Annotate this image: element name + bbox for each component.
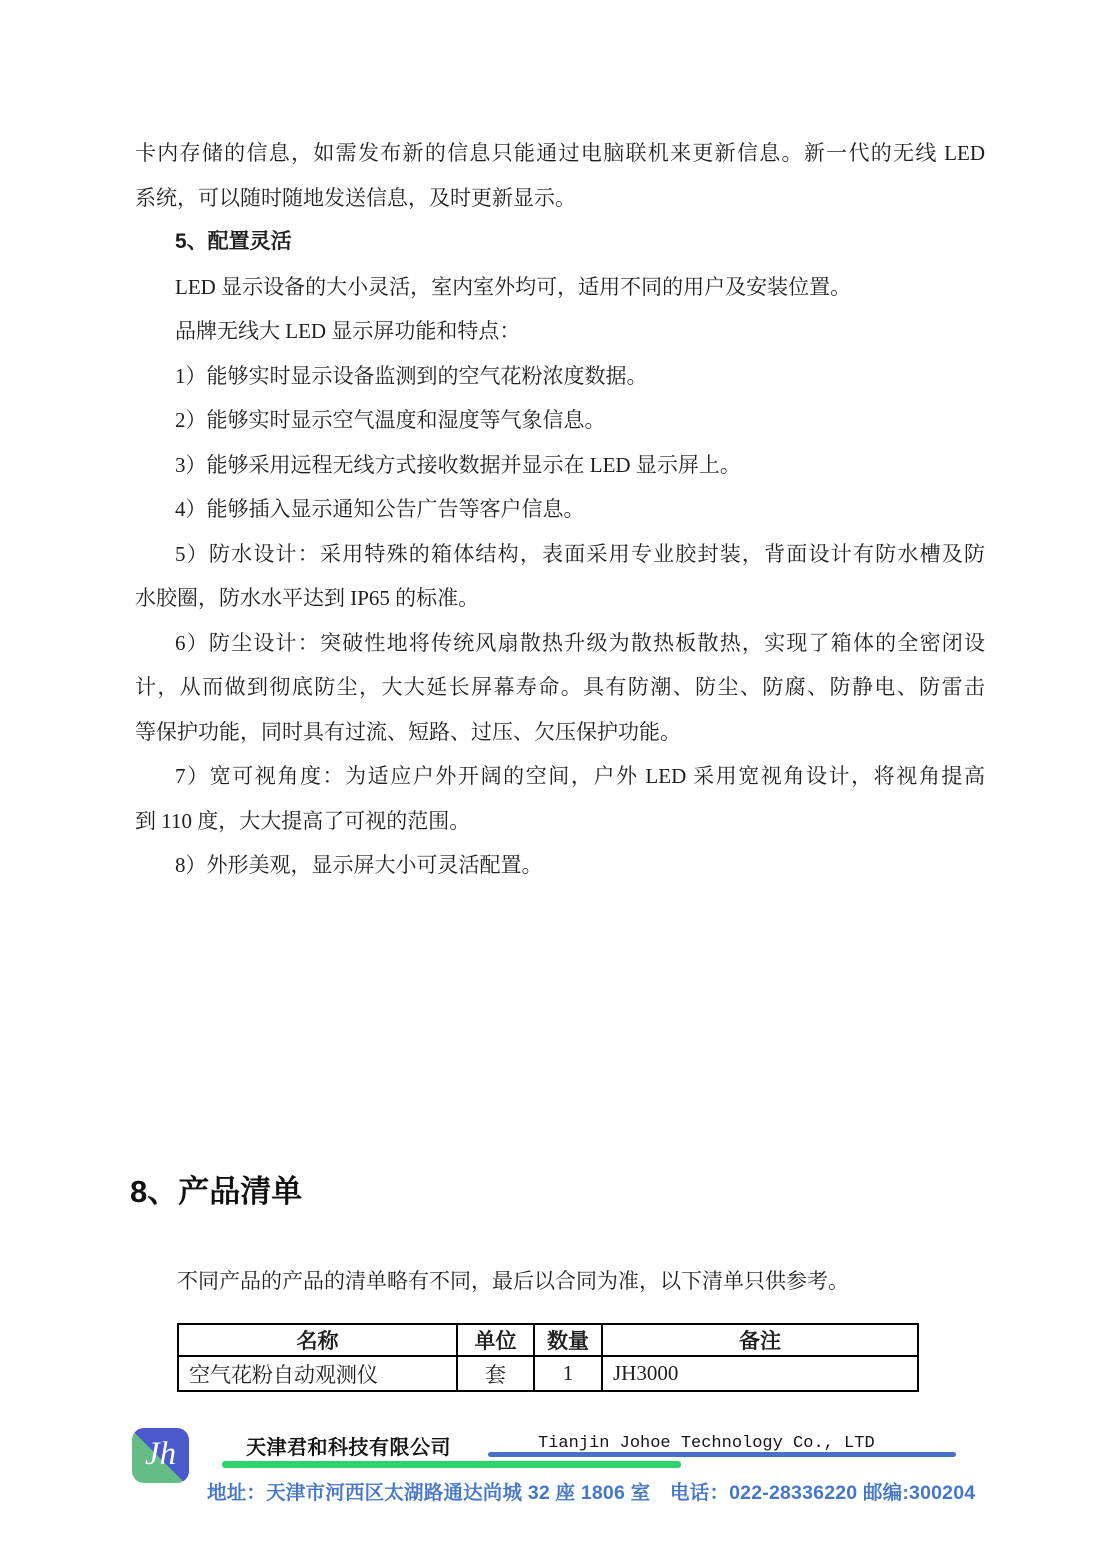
logo-jh-icon: Jh	[145, 1436, 176, 1472]
table-cell: 空气花粉自动观测仪	[178, 1356, 457, 1391]
product-table-body: 空气花粉自动观测仪套1JH3000	[178, 1356, 918, 1391]
document-body: 卡内存储的信息，如需发布新的信息只能通过电脑联机来更新信息。新一代的无线 LED…	[135, 131, 985, 888]
body-line: 计，从而做到彻底防尘，大大延长屏幕寿命。具有防潮、防尘、防腐、防静电、防雷击	[135, 665, 985, 710]
table-header-cell: 数量	[534, 1324, 602, 1356]
body-line: 到 110 度，大大提高了可视的范围。	[135, 799, 985, 844]
product-table-header-row: 名称单位数量备注	[178, 1324, 918, 1356]
footer-divider-blue	[488, 1452, 956, 1457]
body-line: 2）能够实时显示空气温度和湿度等气象信息。	[135, 398, 985, 443]
body-line: 系统，可以随时随地发送信息，及时更新显示。	[135, 176, 985, 221]
table-cell: 1	[534, 1356, 602, 1391]
table-header-cell: 备注	[602, 1324, 918, 1356]
document-page: 卡内存储的信息，如需发布新的信息只能通过电脑联机来更新信息。新一代的无线 LED…	[0, 0, 1102, 1559]
section-intro: 不同产品的产品的清单略有不同，最后以合同为准，以下清单只供参考。	[177, 1266, 849, 1296]
section-heading: 8、产品清单	[130, 1174, 302, 1210]
body-line: 6）防尘设计：突破性地将传统风扇散热升级为散热板散热，实现了箱体的全密闭设	[135, 621, 985, 666]
body-line: 7）宽可视角度：为适应户外开阔的空间，户外 LED 采用宽视角设计，将视角提高	[135, 754, 985, 799]
company-name-cn: 天津君和科技有限公司	[246, 1431, 451, 1460]
table-cell: 套	[457, 1356, 534, 1391]
body-line: 水胶圈，防水水平达到 IP65 的标准。	[135, 576, 985, 621]
table-row: 空气花粉自动观测仪套1JH3000	[178, 1356, 918, 1391]
body-line: 3）能够采用远程无线方式接收数据并显示在 LED 显示屏上。	[135, 443, 985, 488]
body-line: 5）防水设计：采用特殊的箱体结构，表面采用专业胶封装，背面设计有防水槽及防	[135, 532, 985, 577]
product-table: 名称单位数量备注 空气花粉自动观测仪套1JH3000	[177, 1323, 919, 1392]
body-line: 等保护功能，同时具有过流、短路、过压、欠压保护功能。	[135, 710, 985, 755]
company-logo: Jh	[132, 1428, 189, 1483]
body-line: 4）能够插入显示通知公告广告等客户信息。	[135, 487, 985, 532]
footer-address: 地址：天津市河西区太湖路通达尚城 32 座 1806 室 电话：022-2833…	[207, 1477, 967, 1505]
body-line: 1）能够实时显示设备监测到的空气花粉浓度数据。	[135, 354, 985, 399]
body-line: 卡内存储的信息，如需发布新的信息只能通过电脑联机来更新信息。新一代的无线 LED	[135, 131, 985, 176]
body-line: LED 显示设备的大小灵活，室内室外均可，适用不同的用户及安装位置。	[135, 265, 985, 310]
footer-divider-green	[222, 1461, 681, 1468]
table-cell: JH3000	[602, 1356, 918, 1391]
body-line: 8）外形美观，显示屏大小可灵活配置。	[135, 843, 985, 888]
company-name-en: Tianjin Johoe Technology Co., LTD	[538, 1434, 875, 1453]
body-line: 品牌无线大 LED 显示屏功能和特点：	[135, 309, 985, 354]
table-header-cell: 单位	[457, 1324, 534, 1356]
table-header-cell: 名称	[178, 1324, 457, 1356]
body-subheading: 5、配置灵活	[135, 220, 985, 265]
